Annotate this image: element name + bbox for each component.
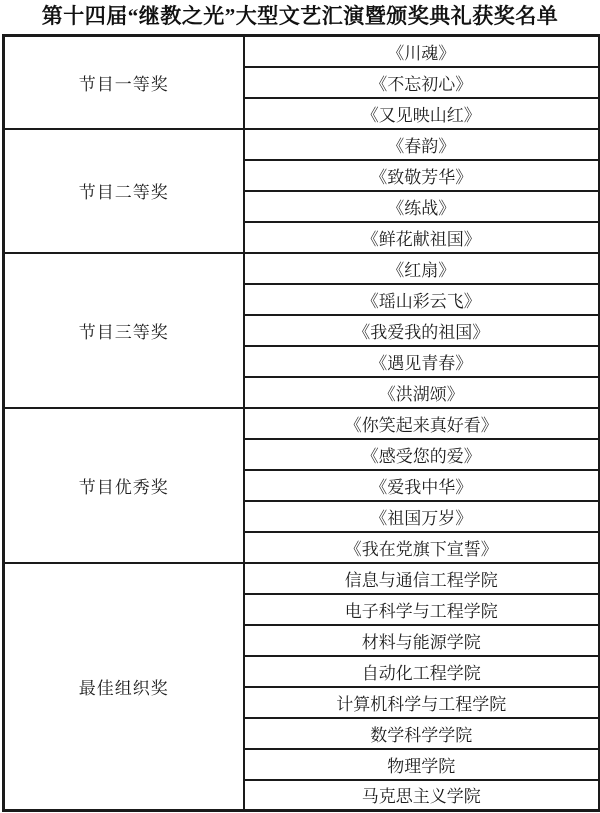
awards-table: 节目一等奖 《川魂》 《不忘初心》 《又见映山红》 节目二等奖 《春韵》 《致敬…: [2, 34, 600, 812]
award-item-cell: 《致敬芳华》: [244, 160, 600, 191]
table-row: 节目二等奖 《春韵》: [4, 129, 600, 160]
award-item-cell: 《瑶山彩云飞》: [244, 284, 600, 315]
award-item-cell: 计算机科学与工程学院: [244, 687, 600, 718]
award-item-cell: 《又见映山红》: [244, 98, 600, 129]
award-category-cell: 节目一等奖: [4, 36, 244, 129]
award-item-cell: 《不忘初心》: [244, 67, 600, 98]
award-item-cell: 物理学院: [244, 749, 600, 780]
award-item-cell: 信息与通信工程学院: [244, 563, 600, 594]
award-category-cell: 节目三等奖: [4, 253, 244, 408]
award-category-cell: 节目优秀奖: [4, 408, 244, 563]
award-item-cell: 《你笑起来真好看》: [244, 408, 600, 439]
award-item-cell: 《春韵》: [244, 129, 600, 160]
award-item-cell: 《红扇》: [244, 253, 600, 284]
award-item-cell: 数学科学学院: [244, 718, 600, 749]
award-category-cell: 节目二等奖: [4, 129, 244, 253]
award-item-cell: 《练战》: [244, 191, 600, 222]
award-category-cell: 最佳组织奖: [4, 563, 244, 811]
table-row: 最佳组织奖 信息与通信工程学院: [4, 563, 600, 594]
award-item-cell: 《我在党旗下宣誓》: [244, 532, 600, 563]
award-item-cell: 《遇见青春》: [244, 346, 600, 377]
award-item-cell: 《我爱我的祖国》: [244, 315, 600, 346]
award-item-cell: 马克思主义学院: [244, 780, 600, 811]
award-item-cell: 《鲜花献祖国》: [244, 222, 600, 253]
award-item-cell: 《感受您的爱》: [244, 439, 600, 470]
award-item-cell: 《祖国万岁》: [244, 501, 600, 532]
award-item-cell: 《川魂》: [244, 36, 600, 67]
table-row: 节目优秀奖 《你笑起来真好看》: [4, 408, 600, 439]
award-item-cell: 材料与能源学院: [244, 625, 600, 656]
award-item-cell: 电子科学与工程学院: [244, 594, 600, 625]
award-item-cell: 《洪湖颂》: [244, 377, 600, 408]
award-item-cell: 《爱我中华》: [244, 470, 600, 501]
page-title: 第十四届“继教之光”大型文艺汇演暨颁奖典礼获奖名单: [0, 0, 600, 34]
table-row: 节目一等奖 《川魂》: [4, 36, 600, 67]
award-item-cell: 自动化工程学院: [244, 656, 600, 687]
table-row: 节目三等奖 《红扇》: [4, 253, 600, 284]
document-page: 第十四届“继教之光”大型文艺汇演暨颁奖典礼获奖名单 节目一等奖 《川魂》 《不忘…: [0, 0, 600, 813]
